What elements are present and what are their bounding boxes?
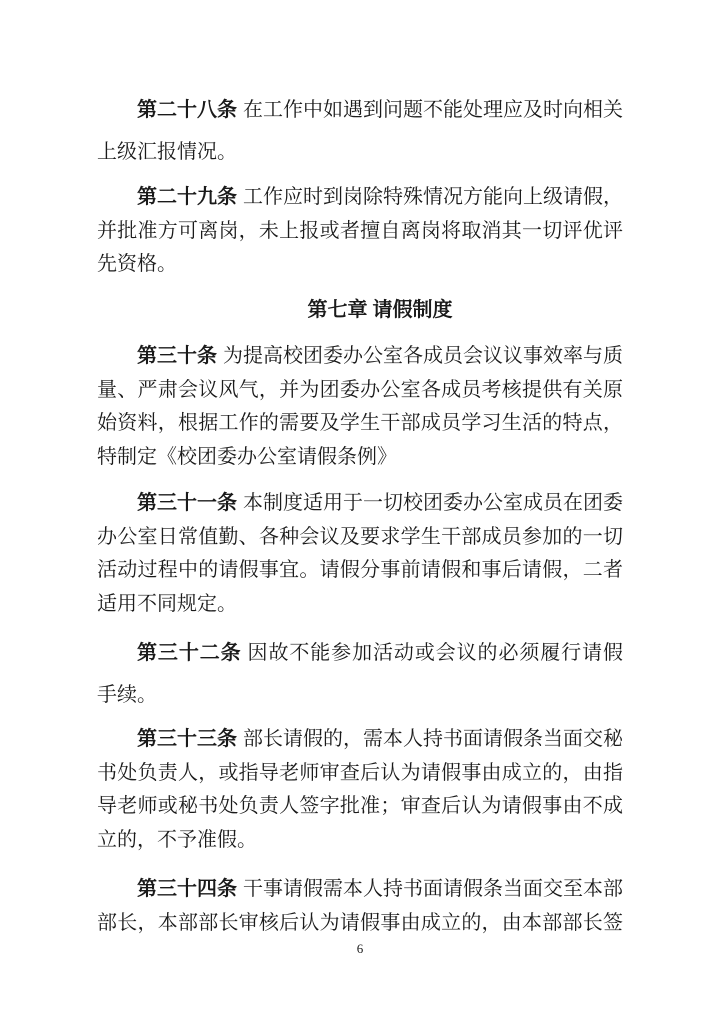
article-paragraph-34: 第三十四条干事请假需本人持书面请假条当面交至本部 部长，本部部长审核后认为请假事… [97,873,623,940]
text-line: 并批准方可离岗，未上报或者擅自离岗将取消其一切评优评 [97,215,623,249]
article-number: 第二十八条 [137,99,237,121]
text-line: 第三十三条部长请假的，需本人持书面请假条当面交秘 [97,723,623,757]
article-paragraph-28: 第二十八条在工作中如遇到问题不能处理应及时向相关 上级汇报情况。 [97,89,623,173]
text-line: 书处负责人，或指导老师审查后认为请假事由成立的，由指 [97,757,623,791]
text-line: 第二十八条在工作中如遇到问题不能处理应及时向相关 [97,89,623,131]
article-paragraph-33: 第三十三条部长请假的，需本人持书面请假条当面交秘 书处负责人，或指导老师审查后认… [97,723,623,857]
text-line: 第三十条为提高校团委办公室各成员会议议事效率与质 [97,340,623,374]
text-line: 第三十一条本制度适用于一切校团委办公室成员在团委 [97,487,623,521]
article-paragraph-30: 第三十条为提高校团委办公室各成员会议议事效率与质 量、严肃会议风气，并为团委办公… [97,340,623,474]
text-line: 第三十四条干事请假需本人持书面请假条当面交至本部 [97,873,623,907]
text-line: 部长，本部部长审核后认为请假事由成立的，由本部部长签 [97,907,623,941]
article-number: 第三十条 [137,345,217,367]
article-number: 第三十三条 [137,728,237,750]
text-line: 第三十二条因故不能参加活动或会议的必须履行请假 [97,632,623,674]
text-line: 手续。 [97,674,623,716]
article-text: 工作应时到岗除特殊情况方能向上级请假， [243,186,623,208]
chapter-heading: 第七章 请假制度 [97,293,623,327]
text-line: 立的，不予准假。 [97,824,623,858]
article-text: 部长请假的，需本人持书面请假条当面交秘 [243,728,623,750]
text-line: 适用不同规定。 [97,588,623,622]
text-line: 办公室日常值勤、各种会议及要求学生干部成员参加的一切 [97,521,623,555]
text-line: 第二十九条工作应时到岗除特殊情况方能向上级请假， [97,181,623,215]
text-line: 上级汇报情况。 [97,131,623,173]
article-paragraph-32: 第三十二条因故不能参加活动或会议的必须履行请假 手续。 [97,632,623,716]
article-text: 为提高校团委办公室各成员会议议事效率与质 [223,345,623,367]
text-line: 活动过程中的请假事宜。请假分事前请假和事后请假，二者 [97,554,623,588]
page-number: 6 [0,941,720,957]
article-number: 第二十九条 [137,186,237,208]
article-number: 第三十二条 [137,642,242,664]
article-number: 第三十一条 [137,492,237,514]
text-line: 始资料，根据工作的需要及学生干部成员学习生活的特点， [97,407,623,441]
article-text: 干事请假需本人持书面请假条当面交至本部 [243,878,623,900]
document-page: 第二十八条在工作中如遇到问题不能处理应及时向相关 上级汇报情况。 第二十九条工作… [0,0,720,1018]
article-text: 在工作中如遇到问题不能处理应及时向相关 [243,99,623,121]
text-line: 量、严肃会议风气，并为团委办公室各成员考核提供有关原 [97,374,623,408]
text-line: 特制定《校团委办公室请假条例》 [97,441,623,475]
article-text: 本制度适用于一切校团委办公室成员在团委 [243,492,623,514]
article-paragraph-31: 第三十一条本制度适用于一切校团委办公室成员在团委 办公室日常值勤、各种会议及要求… [97,487,623,621]
article-number: 第三十四条 [137,878,237,900]
article-text: 因故不能参加活动或会议的必须履行请假 [248,642,623,664]
text-line: 先资格。 [97,248,623,282]
text-line: 导老师或秘书处负责人签字批准；审查后认为请假事由不成 [97,790,623,824]
article-paragraph-29: 第二十九条工作应时到岗除特殊情况方能向上级请假， 并批准方可离岗，未上报或者擅自… [97,181,623,282]
